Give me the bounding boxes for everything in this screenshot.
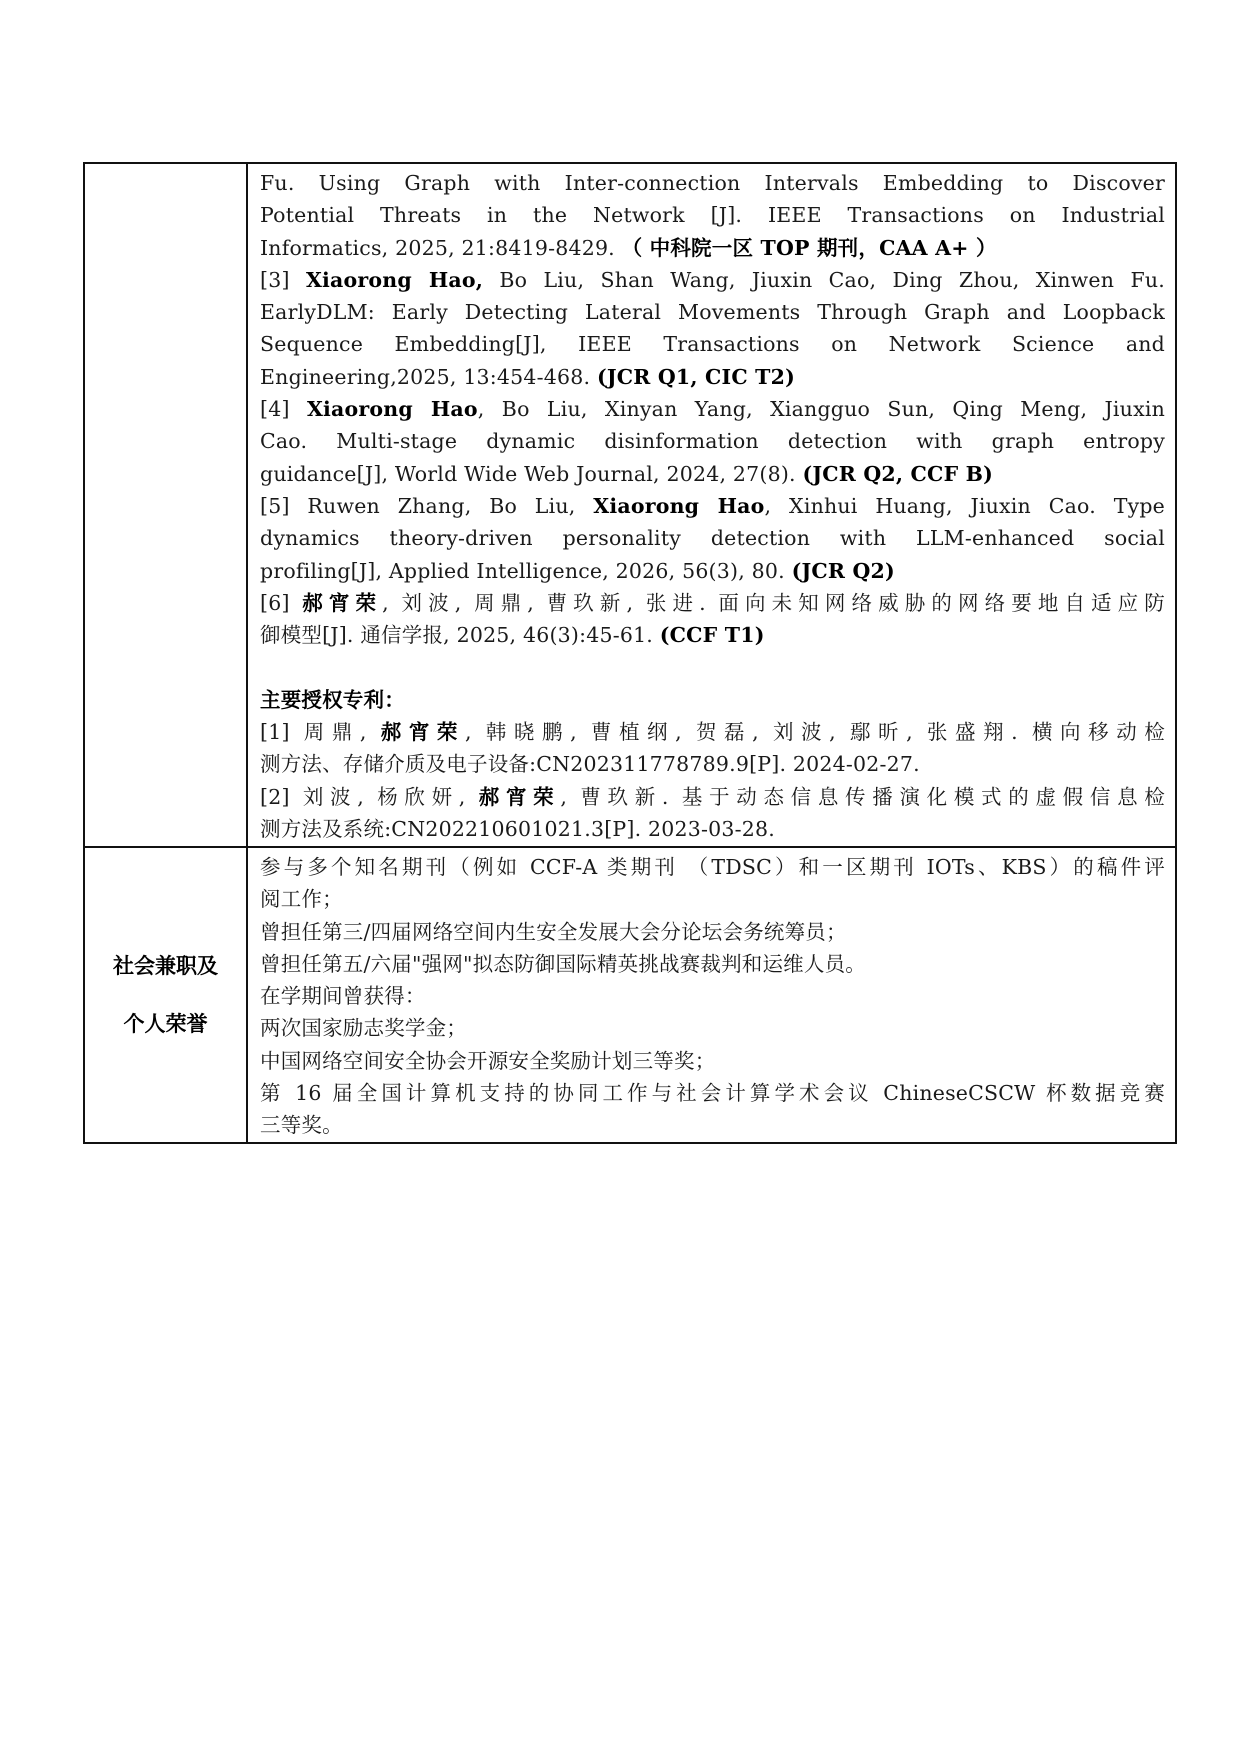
publication-line: 主要授权专利： xyxy=(260,684,1165,716)
text: 御模型[J]. 通信学报, 2025, 46(3):45-61. xyxy=(260,623,660,647)
publications-row: Fu. Using Graph with Inter-connection In… xyxy=(84,163,1176,847)
honors-label-line-2: 个人荣誉 xyxy=(85,995,246,1053)
publication-line: [5] Ruwen Zhang, Bo Liu, Xiaorong Hao, X… xyxy=(260,490,1165,522)
publication-line: Potential Threats in the Network [J]. IE… xyxy=(260,199,1165,231)
bold-text: 主要授权专利： xyxy=(260,688,405,712)
blank-line xyxy=(260,651,1165,683)
publications-content-cell: Fu. Using Graph with Inter-connection In… xyxy=(247,163,1176,847)
text: Fu. Using Graph with Inter-connection In… xyxy=(260,171,1165,195)
bold-text: (CCF T1) xyxy=(660,623,765,647)
text: EarlyDLM: Early Detecting Lateral Moveme… xyxy=(260,300,1165,324)
text: Informatics, 2025, 21:8419-8429. xyxy=(260,236,622,260)
text: [3] xyxy=(260,268,306,292)
honor-line: 曾担任第三/四届网络空间内生安全发展大会分论坛会务统筹员； xyxy=(260,916,1165,948)
honor-line: 两次国家励志奖学金； xyxy=(260,1012,1165,1044)
text: [5] Ruwen Zhang, Bo Liu, xyxy=(260,494,593,518)
text: [4] xyxy=(260,397,307,421)
publication-line: 测方法及系统:CN202210601021.3[P]. 2023-03-28. xyxy=(260,813,1165,845)
text: 中国网络空间安全协会开源安全奖励计划三等奖； xyxy=(260,1049,715,1073)
honor-line: 在学期间曾获得： xyxy=(260,980,1165,1012)
bold-text: Xiaorong Hao xyxy=(307,397,478,421)
publication-line: Sequence Embedding[J], IEEE Transactions… xyxy=(260,328,1165,360)
text: 测方法、存储介质及电子设备:CN202311778789.9[P]. 2024-… xyxy=(260,752,920,776)
text: , 曹玖新. 基于动态信息传播演化模式的虚假信息检 xyxy=(560,785,1165,809)
bold-text: Xiaorong Hao xyxy=(593,494,764,518)
text: , 刘波, 周鼎, 曹玖新, 张进. 面向未知网络威胁的网络要地自适应防 xyxy=(382,591,1165,615)
publication-line: EarlyDLM: Early Detecting Lateral Moveme… xyxy=(260,296,1165,328)
text: 曾担任第三/四届网络空间内生安全发展大会分论坛会务统筹员； xyxy=(260,920,847,944)
text: guidance[J], World Wide Web Journal, 202… xyxy=(260,462,802,486)
resume-table: Fu. Using Graph with Inter-connection In… xyxy=(83,162,1177,1144)
honor-line: 曾担任第五/六届"强网"拟态防御国际精英挑战赛裁判和运维人员。 xyxy=(260,948,1165,980)
publication-line: [1] 周鼎, 郝宵荣, 韩晓鹏, 曹植纲, 贺磊, 刘波, 鄢昕, 张盛翔. … xyxy=(260,716,1165,748)
text: [6] xyxy=(260,591,302,615)
honors-row: 社会兼职及 个人荣誉 参与多个知名期刊（例如 CCF-A 类期刊 （TDSC）和… xyxy=(84,847,1176,1143)
text: 参与多个知名期刊（例如 CCF-A 类期刊 （TDSC）和一区期刊 IOTs、K… xyxy=(260,855,1165,879)
text: Bo Liu, Shan Wang, Jiuxin Cao, Ding Zhou… xyxy=(483,268,1165,292)
bold-text: (JCR Q2) xyxy=(792,559,895,583)
text: dynamics theory-driven personality detec… xyxy=(260,526,1165,550)
publication-line: Fu. Using Graph with Inter-connection In… xyxy=(260,167,1165,199)
text: 在学期间曾获得： xyxy=(260,984,426,1008)
publication-line: dynamics theory-driven personality detec… xyxy=(260,522,1165,554)
honor-line: 中国网络空间安全协会开源安全奖励计划三等奖； xyxy=(260,1045,1165,1077)
bold-text: (JCR Q1, CIC T2) xyxy=(597,365,795,389)
text: , Xinhui Huang, Jiuxin Cao. Type xyxy=(765,494,1165,518)
bold-text: （ 中科院一区 TOP 期刊，CAA A+ ） xyxy=(622,236,997,260)
bold-text: 郝宵荣 xyxy=(479,785,561,809)
text: Sequence Embedding[J], IEEE Transactions… xyxy=(260,332,1165,356)
honor-line: 参与多个知名期刊（例如 CCF-A 类期刊 （TDSC）和一区期刊 IOTs、K… xyxy=(260,851,1165,883)
honors-label-line-1: 社会兼职及 xyxy=(85,937,246,995)
text: 第 16 届全国计算机支持的协同工作与社会计算学术会议 ChineseCSCW … xyxy=(260,1081,1165,1105)
honor-line: 三等奖。 xyxy=(260,1109,1165,1141)
publication-line: [6] 郝宵荣, 刘波, 周鼎, 曹玖新, 张进. 面向未知网络威胁的网络要地自… xyxy=(260,587,1165,619)
bold-text: 郝宵荣 xyxy=(381,720,465,744)
publication-line: [3] Xiaorong Hao, Bo Liu, Shan Wang, Jiu… xyxy=(260,264,1165,296)
bold-text: Xiaorong Hao, xyxy=(306,268,483,292)
text: [2] 刘波, 杨欣妍, xyxy=(260,785,479,809)
text: Potential Threats in the Network [J]. IE… xyxy=(260,203,1165,227)
bold-text: 郝宵荣 xyxy=(302,591,382,615)
honor-line: 第 16 届全国计算机支持的协同工作与社会计算学术会议 ChineseCSCW … xyxy=(260,1077,1165,1109)
publication-line: [2] 刘波, 杨欣妍, 郝宵荣, 曹玖新. 基于动态信息传播演化模式的虚假信息… xyxy=(260,781,1165,813)
publications-list: Fu. Using Graph with Inter-connection In… xyxy=(248,164,1175,845)
honors-label-cell: 社会兼职及 个人荣誉 xyxy=(84,847,247,1143)
publication-line: Engineering,2025, 13:454-468. (JCR Q1, C… xyxy=(260,361,1165,393)
text: Engineering,2025, 13:454-468. xyxy=(260,365,597,389)
honors-content-cell: 参与多个知名期刊（例如 CCF-A 类期刊 （TDSC）和一区期刊 IOTs、K… xyxy=(247,847,1176,1143)
text: 阅工作； xyxy=(260,887,343,911)
honor-line: 阅工作； xyxy=(260,883,1165,915)
text: 两次国家励志奖学金； xyxy=(260,1016,467,1040)
publications-label-cell xyxy=(84,163,247,847)
text: Cao. Multi-stage dynamic disinformation … xyxy=(260,429,1165,453)
text: 曾担任第五/六届"强网"拟态防御国际精英挑战赛裁判和运维人员。 xyxy=(260,952,866,976)
honors-list: 参与多个知名期刊（例如 CCF-A 类期刊 （TDSC）和一区期刊 IOTs、K… xyxy=(248,848,1175,1142)
text: 测方法及系统:CN202210601021.3[P]. 2023-03-28. xyxy=(260,817,775,841)
bold-text: (JCR Q2, CCF B) xyxy=(802,462,993,486)
text: profiling[J], Applied Intelligence, 2026… xyxy=(260,559,792,583)
publication-line: Informatics, 2025, 21:8419-8429. （ 中科院一区… xyxy=(260,232,1165,264)
publication-line: Cao. Multi-stage dynamic disinformation … xyxy=(260,425,1165,457)
text: , Bo Liu, Xinyan Yang, Xiangguo Sun, Qin… xyxy=(478,397,1165,421)
publication-line: guidance[J], World Wide Web Journal, 202… xyxy=(260,458,1165,490)
publication-line: 测方法、存储介质及电子设备:CN202311778789.9[P]. 2024-… xyxy=(260,748,1165,780)
text: , 韩晓鹏, 曹植纲, 贺磊, 刘波, 鄢昕, 张盛翔. 横向移动检 xyxy=(465,720,1165,744)
publication-line: profiling[J], Applied Intelligence, 2026… xyxy=(260,555,1165,587)
publication-line: [4] Xiaorong Hao, Bo Liu, Xinyan Yang, X… xyxy=(260,393,1165,425)
text: 三等奖。 xyxy=(260,1113,343,1137)
publication-line: 御模型[J]. 通信学报, 2025, 46(3):45-61. (CCF T1… xyxy=(260,619,1165,651)
text: [1] 周鼎, xyxy=(260,720,381,744)
